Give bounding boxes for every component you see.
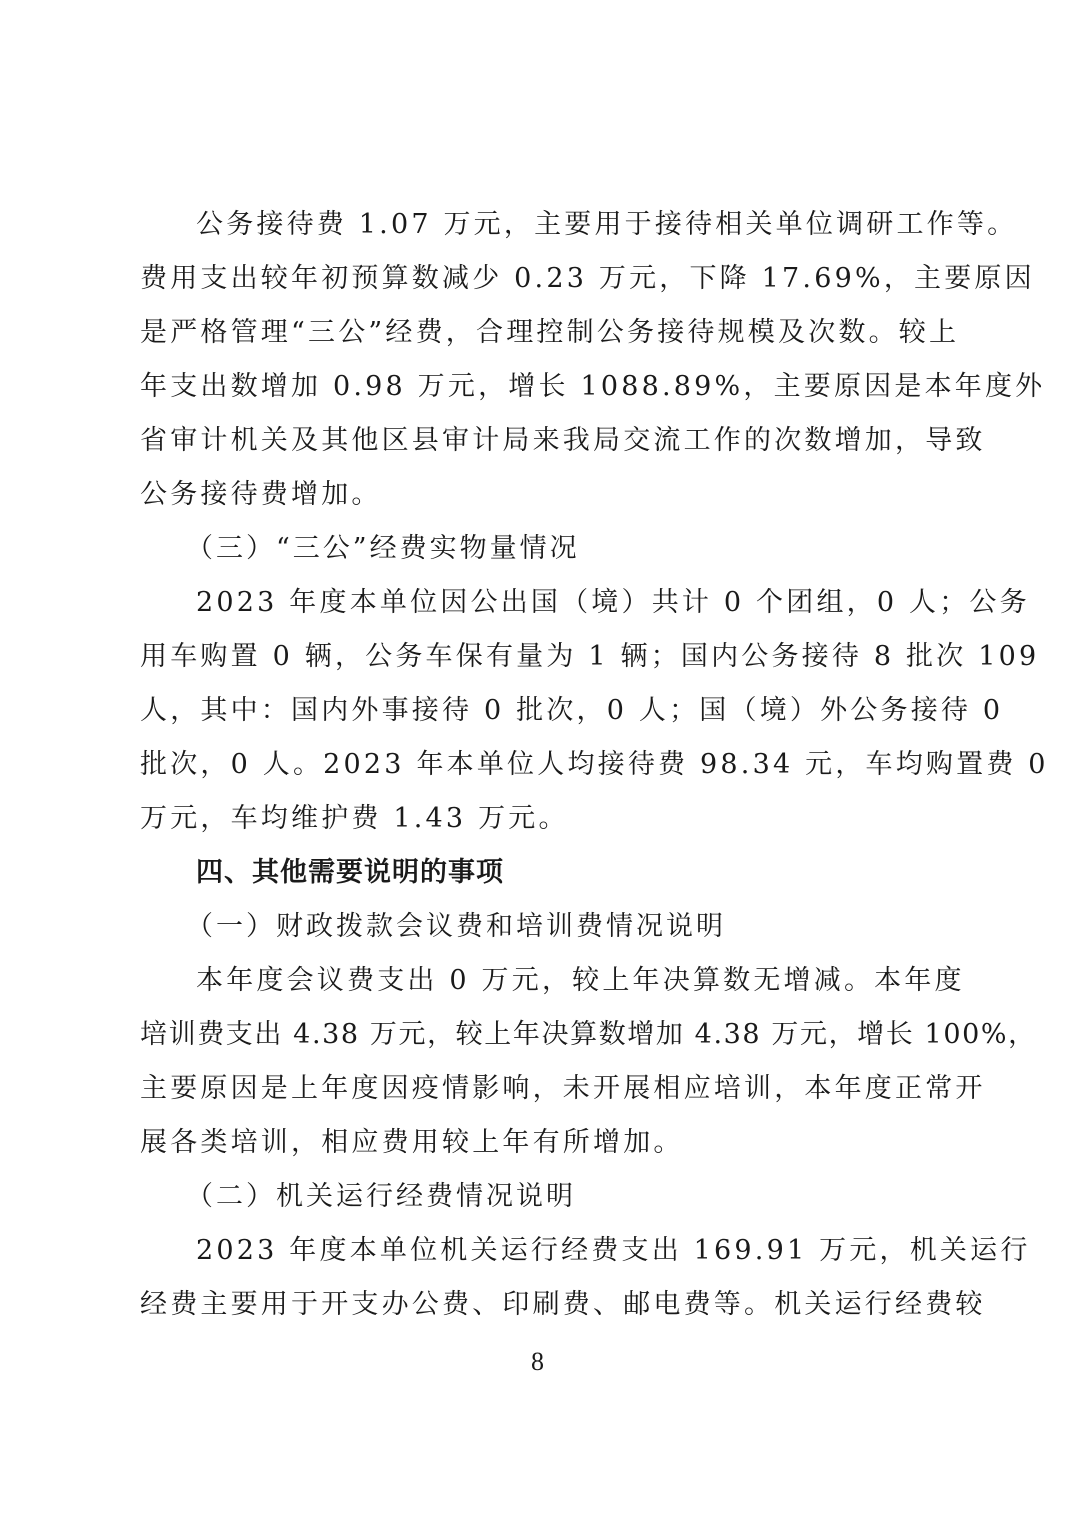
- paragraph-line: 展各类培训，相应费用较上年有所增加。: [140, 1116, 936, 1170]
- paragraph-line: 2023 年度本单位机关运行经费支出 169.91 万元，机关运行: [196, 1224, 936, 1278]
- subsection-heading-meeting-training-fees: （一）财政拨款会议费和培训费情况说明: [186, 900, 982, 954]
- paragraph-line: 是严格管理“三公”经费，合理控制公务接待规模及次数。较上: [140, 306, 936, 360]
- paragraph-line: 万元，车均维护费 1.43 万元。: [140, 792, 936, 846]
- subsection-heading-operating-expenses: （二）机关运行经费情况说明: [186, 1170, 982, 1224]
- paragraph-line: 费用支出较年初预算数减少 0.23 万元，下降 17.69%，主要原因: [140, 252, 936, 306]
- page-number: 8: [0, 1342, 1075, 1382]
- part-heading-other-matters: 四、其他需要说明的事项: [196, 846, 992, 900]
- paragraph-line: 公务接待费增加。: [140, 468, 936, 522]
- paragraph-line: 公务接待费 1.07 万元，主要用于接待相关单位调研工作等。: [196, 198, 936, 252]
- paragraph-line: 人，其中：国内外事接待 0 批次，0 人；国（境）外公务接待 0: [140, 684, 936, 738]
- paragraph-line: 本年度会议费支出 0 万元，较上年决算数无增减。本年度: [196, 954, 936, 1008]
- paragraph-line: 2023 年度本单位因公出国（境）共计 0 个团组，0 人；公务: [196, 576, 936, 630]
- paragraph-line: 用车购置 0 辆，公务车保有量为 1 辆；国内公务接待 8 批次 109: [140, 630, 936, 684]
- document-page: 公务接待费 1.07 万元，主要用于接待相关单位调研工作等。 费用支出较年初预算…: [0, 0, 1075, 1520]
- paragraph-line: 省审计机关及其他区县审计局来我局交流工作的次数增加，导致: [140, 414, 936, 468]
- paragraph-line: 培训费支出 4.38 万元，较上年决算数增加 4.38 万元，增长 100%，: [140, 1008, 936, 1062]
- paragraph-line: 主要原因是上年度因疫情影响，未开展相应培训，本年度正常开: [140, 1062, 936, 1116]
- paragraph-line: 年支出数增加 0.98 万元，增长 1088.89%，主要原因是本年度外: [140, 360, 936, 414]
- paragraph-line: 批次，0 人。2023 年本单位人均接待费 98.34 元，车均购置费 0: [140, 738, 936, 792]
- section-heading-three-public-expenses-quantity: （三）“三公”经费实物量情况: [186, 522, 982, 576]
- paragraph-line: 经费主要用于开支办公费、印刷费、邮电费等。机关运行经费较: [140, 1278, 936, 1332]
